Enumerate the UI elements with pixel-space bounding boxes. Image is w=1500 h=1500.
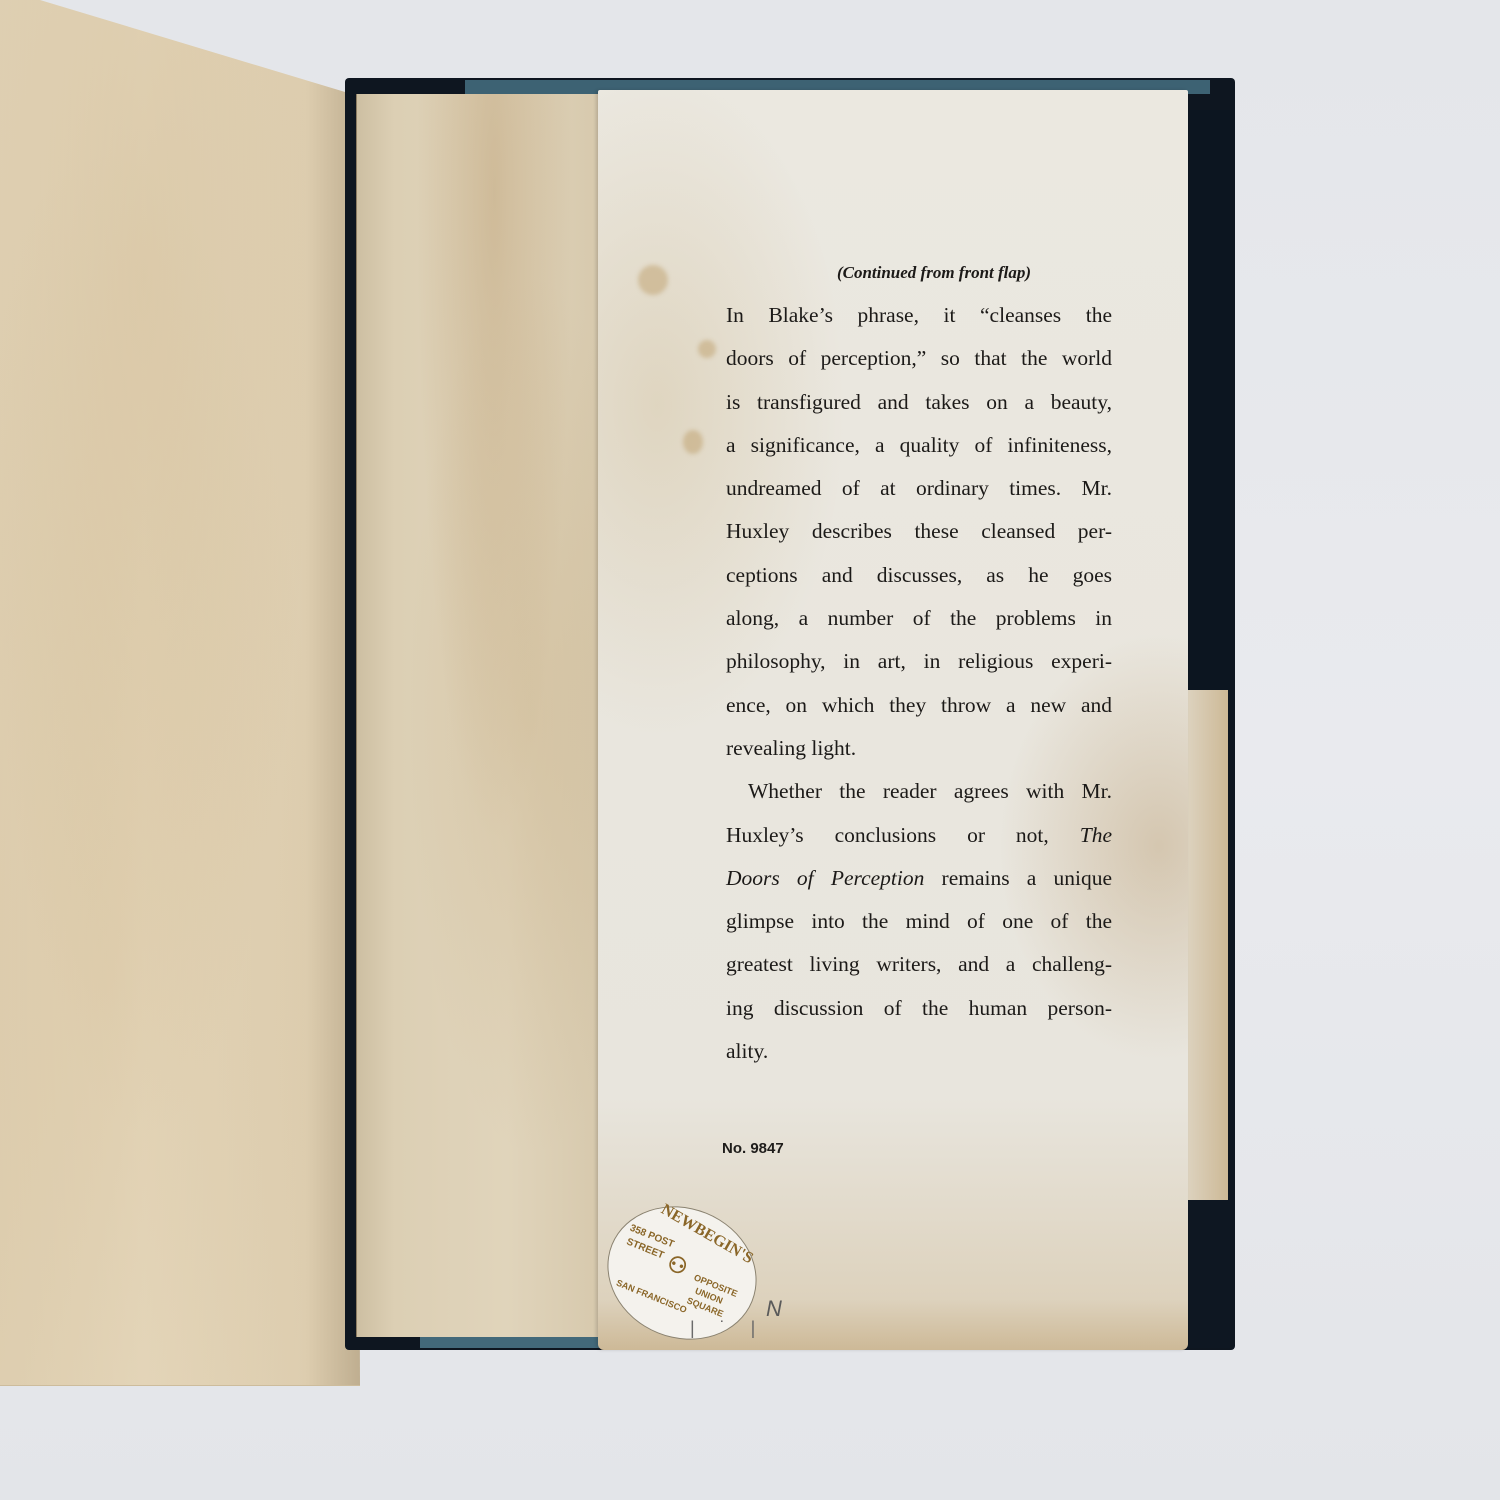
foxing-stain	[638, 265, 668, 295]
text-span: remains a unique	[942, 866, 1112, 890]
pencil-tick-marks: | ˙ |	[690, 1318, 765, 1339]
book-title-italic: Doors of Perception	[726, 866, 924, 890]
pencil-annotation: N	[766, 1296, 782, 1322]
text-line: Whether the reader agrees with Mr.	[726, 770, 1112, 813]
text-line: ence, on which they throw a new and	[726, 684, 1112, 727]
paragraph-2: Whether the reader agrees with Mr. Huxle…	[726, 770, 1112, 1073]
text-line: Doors of Perception remains a unique	[726, 857, 1112, 900]
text-line: along, a number of the problems in	[726, 597, 1112, 640]
flap-text: (Continued from front flap) In Blake’s p…	[726, 258, 1112, 1073]
text-line: Huxley describes these cleansed per-	[726, 510, 1112, 553]
book-title-italic: The	[1080, 823, 1112, 847]
text-span: Huxley’s conclusions or not,	[726, 823, 1049, 847]
text-line: ceptions and discusses, as he goes	[726, 554, 1112, 597]
text-line: philosophy, in art, in religious experi-	[726, 640, 1112, 683]
sticker-city: SAN FRANCISCO	[615, 1278, 688, 1315]
foxing-stain	[683, 430, 703, 454]
text-line: undreamed of at ordinary times. Mr.	[726, 467, 1112, 510]
left-page	[0, 0, 360, 1386]
text-line: glimpse into the mind of one of the	[726, 900, 1112, 943]
paragraph-1: In Blake’s phrase, it “cleanses the door…	[726, 294, 1112, 770]
text-line: doors of perception,” so that the world	[726, 337, 1112, 380]
catalog-number: No. 9847	[722, 1140, 784, 1157]
endpaper	[356, 94, 607, 1337]
text-line: greatest living writers, and a challeng-	[726, 943, 1112, 986]
text-line: In Blake’s phrase, it “cleanses the	[726, 294, 1112, 337]
text-line: Huxley’s conclusions or not, The	[726, 814, 1112, 857]
text-line: revealing light.	[726, 727, 1112, 770]
continued-label: (Continued from front flap)	[756, 258, 1112, 288]
figure-statue-icon: ⚇	[663, 1250, 691, 1281]
flap-worn-edge	[1186, 690, 1228, 1200]
text-line: ing discussion of the human person-	[726, 987, 1112, 1030]
text-line: is transfigured and takes on a beauty,	[726, 381, 1112, 424]
text-line: a significance, a quality of infinitenes…	[726, 424, 1112, 467]
foxing-stain	[698, 340, 716, 358]
cover-edge-right-upper	[1188, 110, 1230, 690]
text-line: ality.	[726, 1030, 1112, 1073]
